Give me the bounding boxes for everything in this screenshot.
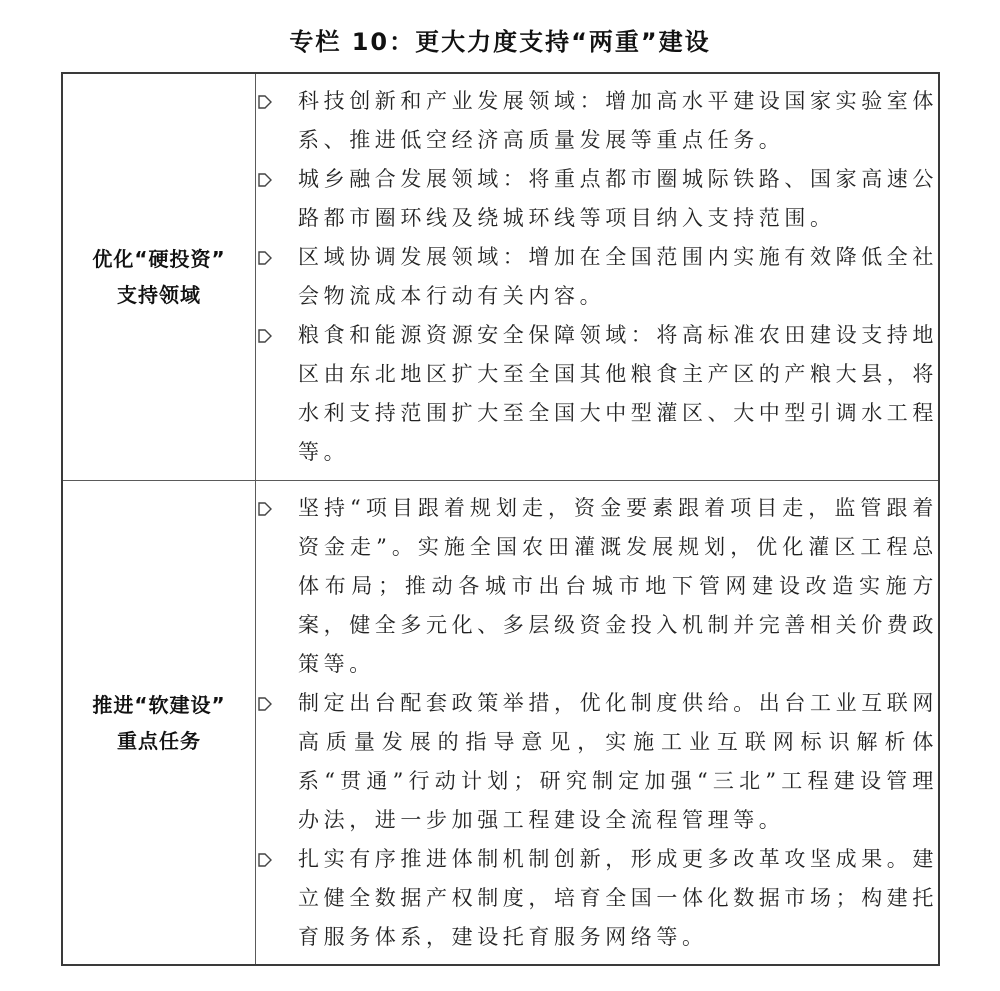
list-item: 扎实有序推进体制机制创新，形成更多改革攻坚成果。建立健全数据产权制度，培育全国一… [256,840,938,957]
table-row: 推进“软建设” 重点任务 坚持“项目跟着规划走，资金要素跟着项目走，监管跟着资金… [62,481,939,966]
row-label-line: 支持领域 [63,277,255,313]
list-item-text: 区域协调发展领域：增加在全国范围内实施有效降低全社会物流成本行动有关内容。 [298,238,938,316]
list-item: 坚持“项目跟着规划走，资金要素跟着项目走，监管跟着资金走”。实施全国农田灌溉发展… [256,489,938,684]
hollow-arrow-right-icon [256,316,298,355]
box-title: 专栏 10：更大力度支持“两重”建设 [0,22,1000,57]
list-item: 城乡融合发展领域：将重点都市圈城际铁路、国家高速公路都市圈环线及绕城环线等项目纳… [256,160,938,238]
list-item-text: 科技创新和产业发展领域：增加高水平建设国家实验室体系、推进低空经济高质量发展等重… [298,82,938,160]
list-item: 制定出台配套政策举措，优化制度供给。出台工业互联网高质量发展的指导意见，实施工业… [256,684,938,840]
row-label-line: 推进“软建设” [63,687,255,723]
row-label-line: 重点任务 [63,723,255,759]
hollow-arrow-right-icon [256,82,298,121]
list-item: 粮食和能源资源安全保障领域：将高标准农田建设支持地区由东北地区扩大至全国其他粮食… [256,316,938,472]
row-content: 科技创新和产业发展领域：增加高水平建设国家实验室体系、推进低空经济高质量发展等重… [256,73,940,481]
list-item-text: 制定出台配套政策举措，优化制度供给。出台工业互联网高质量发展的指导意见，实施工业… [298,684,938,840]
row-content: 坚持“项目跟着规划走，资金要素跟着项目走，监管跟着资金走”。实施全国农田灌溉发展… [256,481,940,966]
list-item-text: 粮食和能源资源安全保障领域：将高标准农田建设支持地区由东北地区扩大至全国其他粮食… [298,316,938,472]
list-item-text: 坚持“项目跟着规划走，资金要素跟着项目走，监管跟着资金走”。实施全国农田灌溉发展… [298,489,938,684]
hollow-arrow-right-icon [256,238,298,277]
hollow-arrow-right-icon [256,840,298,879]
list-item: 科技创新和产业发展领域：增加高水平建设国家实验室体系、推进低空经济高质量发展等重… [256,82,938,160]
list-item: 区域协调发展领域：增加在全国范围内实施有效降低全社会物流成本行动有关内容。 [256,238,938,316]
row-label: 优化“硬投资” 支持领域 [62,73,256,481]
table-row: 优化“硬投资” 支持领域 科技创新和产业发展领域：增加高水平建设国家实验室体系、… [62,73,939,481]
hollow-arrow-right-icon [256,684,298,723]
list-item-text: 扎实有序推进体制机制创新，形成更多改革攻坚成果。建立健全数据产权制度，培育全国一… [298,840,938,957]
policy-table: 优化“硬投资” 支持领域 科技创新和产业发展领域：增加高水平建设国家实验室体系、… [61,72,940,966]
row-label: 推进“软建设” 重点任务 [62,481,256,966]
hollow-arrow-right-icon [256,489,298,528]
hollow-arrow-right-icon [256,160,298,199]
list-item-text: 城乡融合发展领域：将重点都市圈城际铁路、国家高速公路都市圈环线及绕城环线等项目纳… [298,160,938,238]
row-label-line: 优化“硬投资” [63,241,255,277]
